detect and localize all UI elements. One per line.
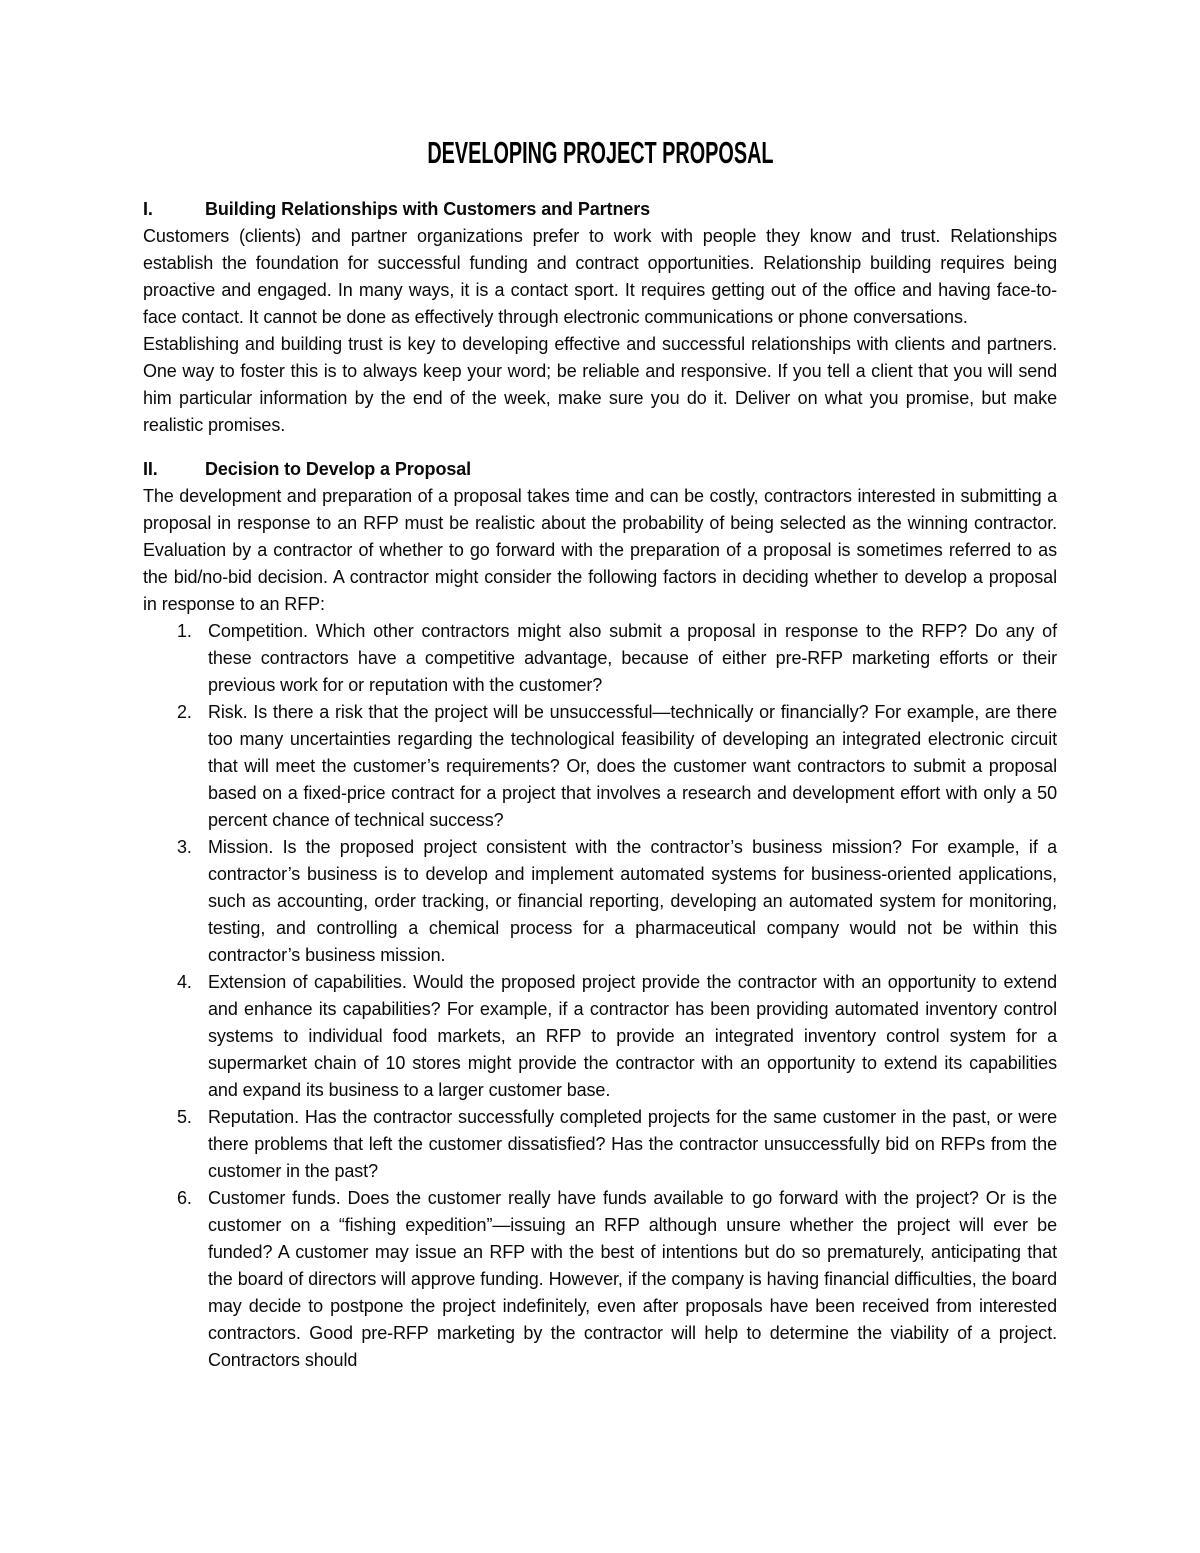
- section-heading-label: Building Relationships with Customers an…: [205, 199, 650, 219]
- list-item: 6. Customer funds. Does the customer rea…: [143, 1185, 1057, 1374]
- list-item-marker: 1.: [177, 618, 192, 645]
- section-heading: II. Decision to Develop a Proposal: [143, 456, 1057, 483]
- paragraph: Customers (clients) and partner organiza…: [143, 223, 1057, 331]
- list-item: 2. Risk. Is there a risk that the projec…: [143, 699, 1057, 834]
- list-item: 4. Extension of capabilities. Would the …: [143, 969, 1057, 1104]
- list-item-marker: 5.: [177, 1104, 192, 1131]
- section-heading-label: Decision to Develop a Proposal: [205, 459, 471, 479]
- list-item-text: Mission. Is the proposed project consist…: [208, 837, 1057, 965]
- list-item-text: Competition. Which other contractors mig…: [208, 621, 1057, 695]
- document-page: DEVELOPING PROJECT PROPOSAL I. Building …: [0, 0, 1200, 1553]
- list-item: 1. Competition. Which other contractors …: [143, 618, 1057, 699]
- list-item: 5. Reputation. Has the contractor succes…: [143, 1104, 1057, 1185]
- document-title-text: DEVELOPING PROJECT PROPOSAL: [427, 136, 773, 169]
- section-number: I.: [143, 196, 153, 223]
- section-number: II.: [143, 456, 158, 483]
- list-item-marker: 6.: [177, 1185, 192, 1212]
- list-item: 3. Mission. Is the proposed project cons…: [143, 834, 1057, 969]
- list-item-text: Risk. Is there a risk that the project w…: [208, 702, 1057, 830]
- list-item-marker: 3.: [177, 834, 192, 861]
- section-building-relationships: I. Building Relationships with Customers…: [143, 196, 1057, 439]
- document-title: DEVELOPING PROJECT PROPOSAL: [143, 136, 1057, 169]
- list-item-text: Extension of capabilities. Would the pro…: [208, 972, 1057, 1100]
- list-item-marker: 2.: [177, 699, 192, 726]
- numbered-list: 1. Competition. Which other contractors …: [143, 618, 1057, 1374]
- list-item-text: Reputation. Has the contractor successfu…: [208, 1107, 1057, 1181]
- section-heading: I. Building Relationships with Customers…: [143, 196, 1057, 223]
- paragraph: The development and preparation of a pro…: [143, 483, 1057, 618]
- section-decision-to-develop: II. Decision to Develop a Proposal The d…: [143, 456, 1057, 1374]
- paragraph: Establishing and building trust is key t…: [143, 331, 1057, 439]
- list-item-marker: 4.: [177, 969, 192, 996]
- list-item-text: Customer funds. Does the customer really…: [208, 1188, 1057, 1370]
